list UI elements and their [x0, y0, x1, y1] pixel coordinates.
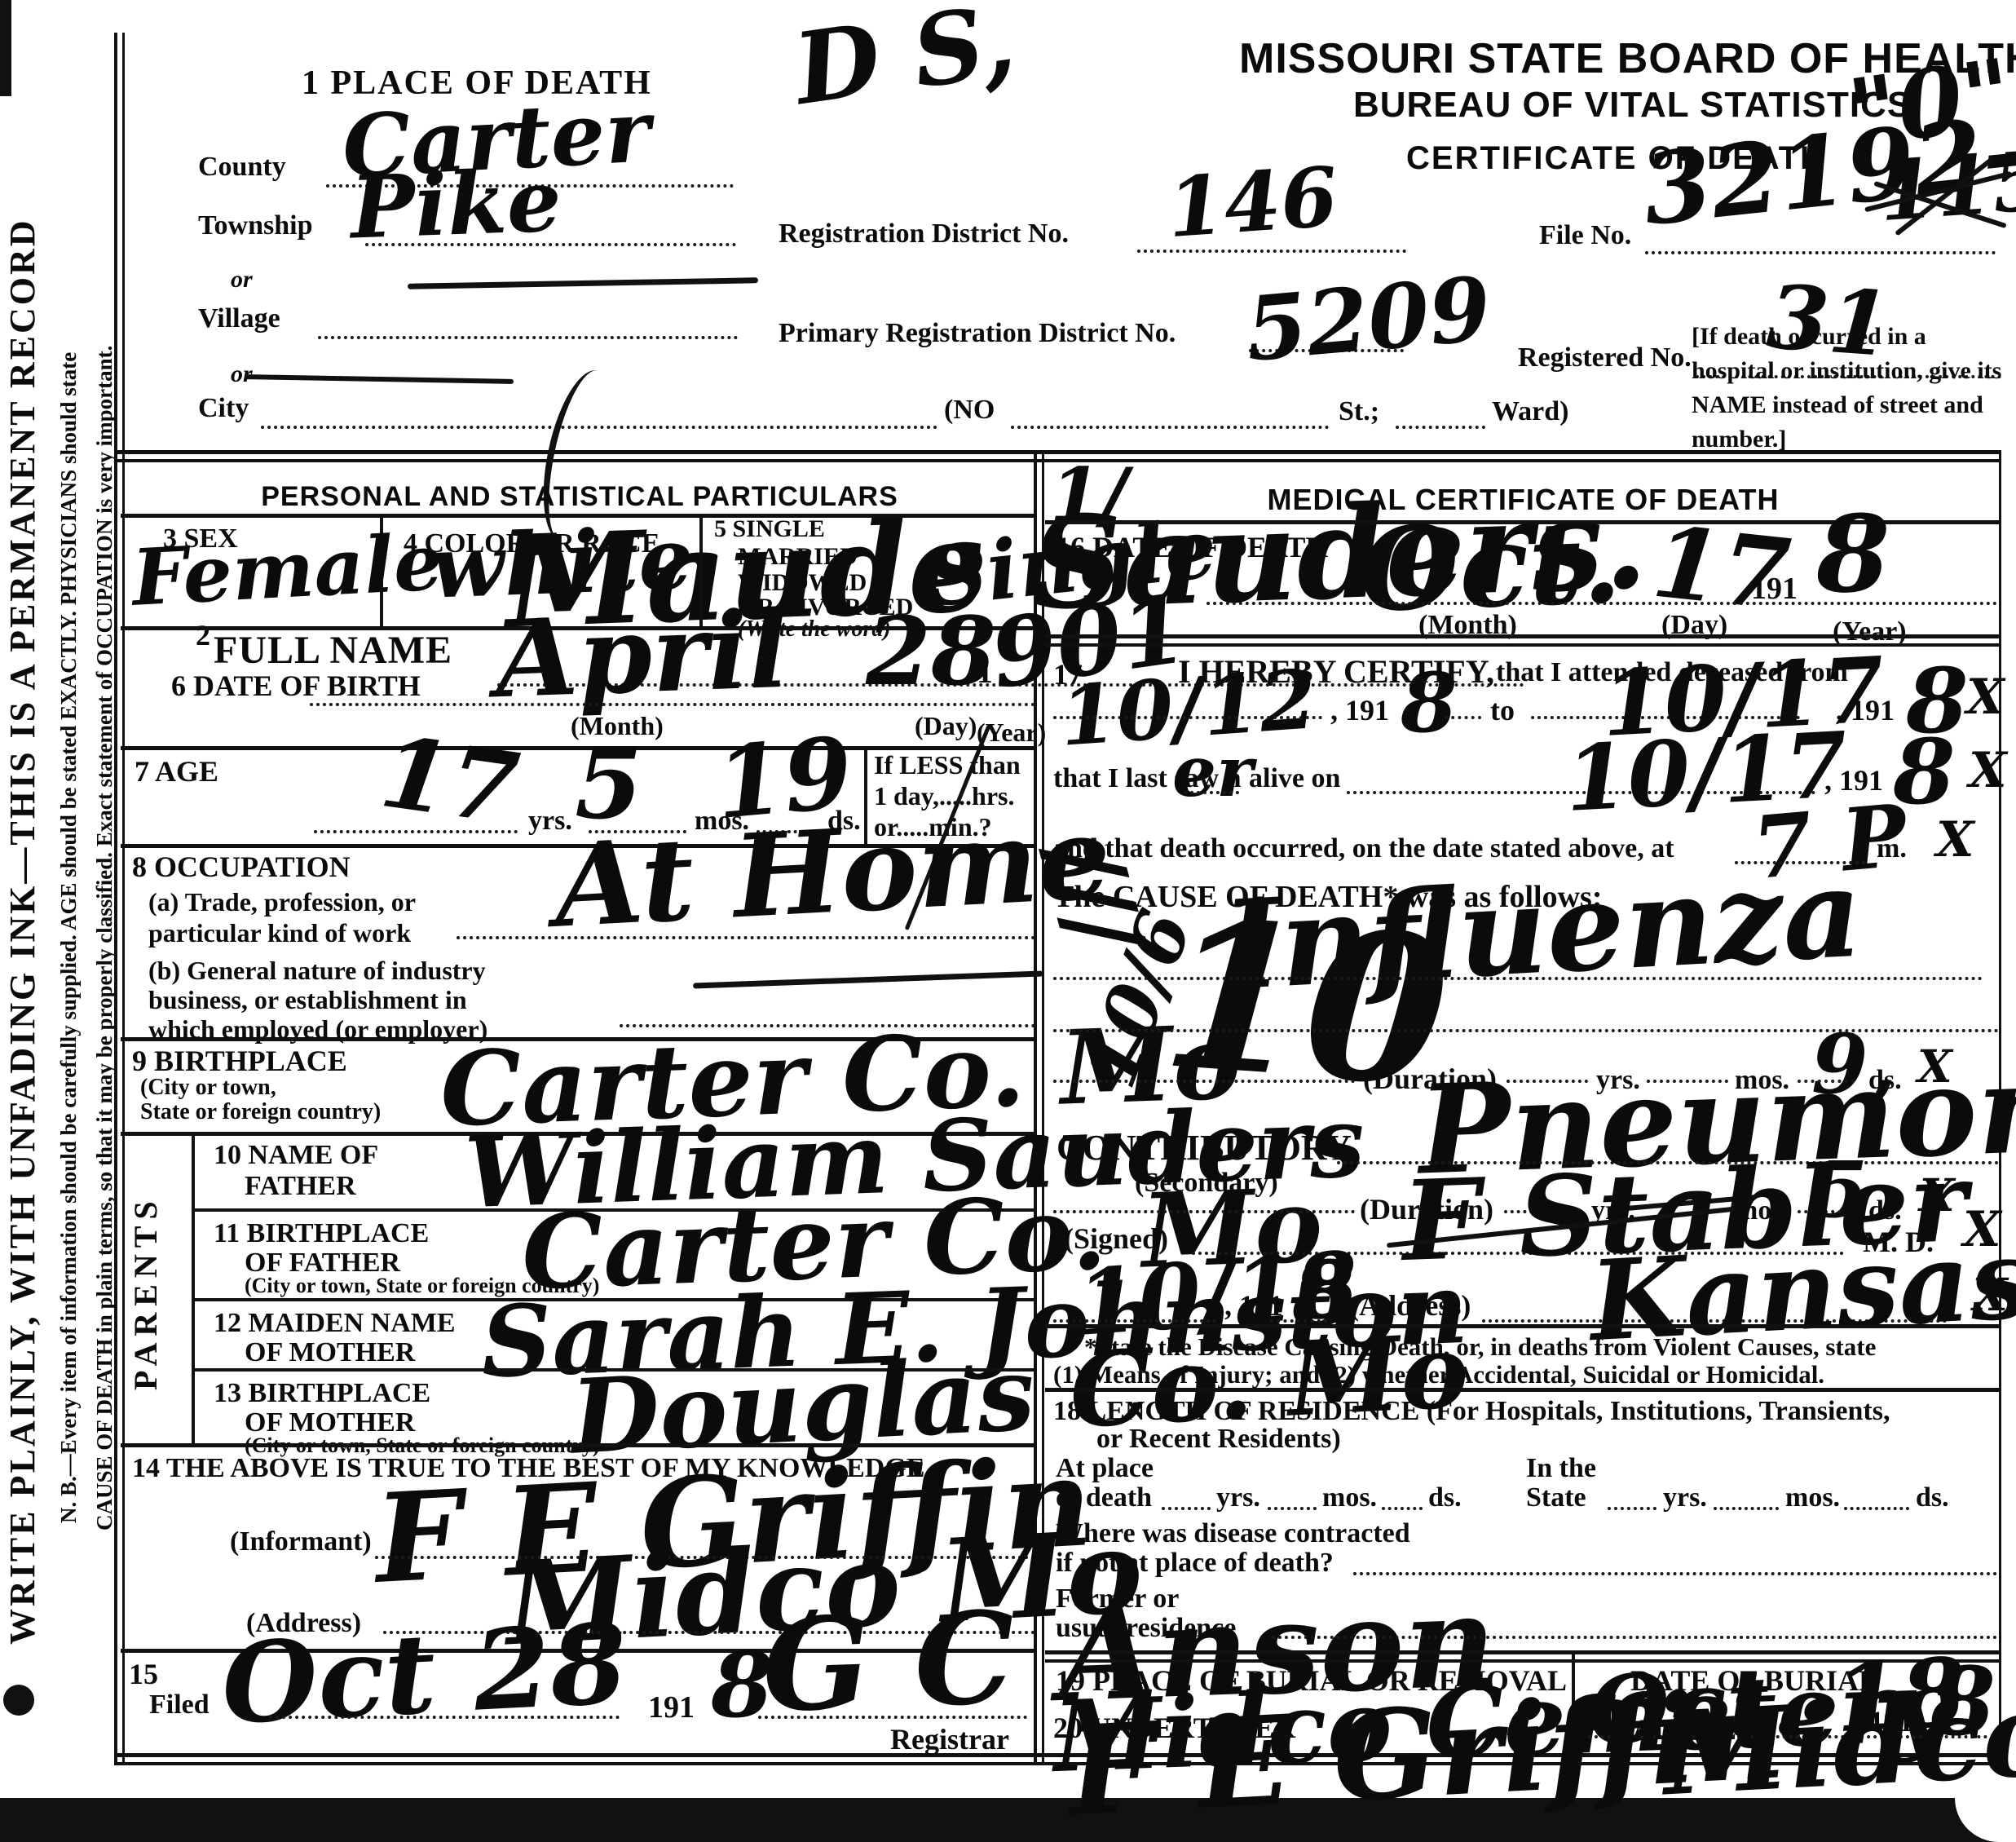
full-name-label: FULL NAME [214, 628, 452, 673]
dotted-line [1053, 977, 1983, 980]
registered-no-label: Registered No. [1518, 342, 1692, 373]
attended-from-year: 8 [1401, 662, 1458, 744]
age-label: 7 AGE [135, 754, 218, 788]
mos-caption: mos. [1322, 1482, 1377, 1513]
in-the-label-2: State [1526, 1482, 1586, 1513]
year-prefix: , 191 [1224, 1288, 1283, 1323]
dotted-line [1184, 791, 1239, 794]
dotted-line [310, 703, 1035, 706]
in-the-label-1: In the [1526, 1453, 1596, 1484]
cause-of-death-value: Influenza [1220, 852, 1865, 1008]
occupation-label: 8 OCCUPATION [132, 850, 351, 884]
marital-label-1: 5 SINGLE [714, 515, 825, 543]
residence-label-1: 18 LENGTH OF RESIDENCE (For Hospitals, I… [1053, 1396, 1890, 1427]
dotted-line [1270, 1319, 1327, 1323]
sidebar-note-line1: N. B.—Every item of information should b… [51, 65, 86, 1810]
rule-line [1045, 1324, 2001, 1328]
dotted-line [318, 336, 738, 339]
ink-stroke [693, 970, 1043, 988]
primary-reg-value: 5209 [1242, 265, 1494, 374]
dotted-line [1353, 1572, 1997, 1575]
reg-district-value: 146 [1165, 156, 1340, 249]
dotted-line [1053, 716, 1322, 719]
dotted-line [1207, 602, 1997, 605]
age-years-value: 17 [375, 723, 523, 839]
ds-ink-mark: D S, [789, 0, 1021, 119]
no-label: (NO [944, 395, 995, 426]
dob-label: 6 DATE OF BIRTH [171, 669, 421, 703]
city-label: City [198, 393, 249, 424]
personal-section-title: PERSONAL AND STATISTICAL PARTICULARS [122, 481, 1037, 513]
at-place-label-1: At place [1056, 1453, 1154, 1484]
st-label: St.; [1339, 396, 1379, 427]
ds-caption: ds. [1428, 1482, 1462, 1513]
dotted-line [1272, 1636, 1997, 1639]
footnote-line-2: (1) Means of Injury; and (2) whether Acc… [1053, 1360, 1824, 1389]
dotted-line [1011, 426, 1329, 429]
check-mark: X [1936, 815, 1974, 864]
informant-label: (Informant) [230, 1526, 372, 1557]
check-mark: X [1966, 673, 2005, 722]
occupation-b-label-2: business, or establishment in [148, 985, 467, 1015]
death-certificate-scan: WRITE PLAINLY, WITH UNFADING INK—THIS IS… [0, 0, 2016, 1842]
to-label: to [1490, 693, 1515, 727]
birthplace-label: 9 BIRTHPLACE [132, 1044, 347, 1078]
residence-label-2: or Recent Residents) [1096, 1424, 1341, 1455]
father-name-label-1: 10 NAME OF [214, 1140, 378, 1171]
yrs-caption: yrs. [1216, 1482, 1260, 1513]
rule-line [192, 1132, 195, 1443]
dotted-line [1844, 1507, 1909, 1510]
hospital-note: [If death occurred in a hospital or inst… [1692, 320, 2009, 457]
dotted-line [1382, 1507, 1423, 1510]
dob-month-value: April [494, 597, 790, 713]
rule-line [1045, 1388, 2001, 1392]
check-mark: X [1969, 746, 2007, 795]
sex-value: Female [130, 523, 445, 617]
or-label: or [231, 266, 253, 294]
reg-district-label: Registration District No. [779, 219, 1069, 250]
township-value: Pike [349, 158, 562, 251]
contributory-label: CONTRIBUTORY [1057, 1127, 1352, 1168]
county-label: County [198, 152, 286, 183]
township-label: Township [198, 210, 313, 241]
birthplace-sub-2: State or foreign country) [140, 1099, 381, 1125]
yrs-caption: yrs. [1663, 1482, 1707, 1513]
dotted-line [1445, 716, 1481, 719]
year-prefix: , 191 [1330, 693, 1389, 727]
occupation-a-label-2: particular kind of work [148, 918, 411, 948]
occupation-b-label-1: (b) General nature of industry [148, 956, 486, 986]
death-year-value: 8 [1816, 501, 1890, 607]
day-caption: (Day) [915, 711, 977, 741]
parents-label: PARENTS [126, 1158, 192, 1427]
filed-year-prefix: 191 [648, 1690, 695, 1725]
physician-address-label: (Address) [1349, 1288, 1471, 1323]
dob-year-prefix: 1 [977, 652, 993, 691]
dotted-line [269, 1716, 620, 1719]
former-residence-label-1: Former or [1056, 1584, 1179, 1615]
date-of-death-label: 16 DATE OF DEATH [1056, 530, 1328, 564]
last-saw-her-value: er [1172, 738, 1253, 807]
dotted-line [314, 830, 518, 833]
mos-caption: mos. [1785, 1482, 1840, 1513]
secondary-label: (Secondary) [1135, 1168, 1278, 1199]
occupation-a-label-1: (a) Trade, profession, or [148, 887, 416, 917]
former-residence-label-2: usual residence [1056, 1613, 1236, 1644]
dotted-line [1396, 426, 1485, 429]
form-left-border [114, 33, 125, 1765]
filed-label: Filed [149, 1690, 210, 1721]
undertaker-address-value: Midco Mo [1661, 1665, 2016, 1813]
check-mark: X [1973, 1272, 2008, 1317]
birthplace-sub-1: (City or town, [140, 1075, 276, 1101]
dotted-line [1608, 1507, 1656, 1510]
file-no-struck-value: 115 [1877, 139, 2016, 232]
alive-on-label: alive on [1249, 763, 1340, 794]
death-day-value: 17 [1648, 514, 1794, 625]
father-birthplace-label-1: 11 BIRTHPLACE [214, 1218, 429, 1249]
filed-date-value: Oct 28 [219, 1608, 629, 1739]
dotted-line [1714, 1507, 1779, 1510]
ink-stroke [245, 374, 514, 384]
father-name-label-2: FATHER [245, 1171, 356, 1202]
ds-caption: ds. [1916, 1482, 1949, 1513]
dotted-line [1053, 1319, 1216, 1323]
dotted-line [1268, 1507, 1317, 1510]
sidebar-warning: WRITE PLAINLY, WITH UNFADING INK—THIS IS… [2, 139, 49, 1725]
contracted-label-2: if not at place of death? [1056, 1548, 1334, 1579]
less-than-label-1: If LESS than [874, 750, 1021, 780]
dotted-line [1645, 251, 1996, 254]
contracted-label-1: Where was disease contracted [1056, 1518, 1410, 1549]
registrar-label: Registrar [890, 1722, 1009, 1756]
pm-label: m. [1877, 833, 1907, 864]
scan-edge-mark [0, 0, 11, 96]
mother-birthplace-label-1: 13 BIRTHPLACE [214, 1378, 430, 1409]
file-no-label: File No. [1539, 220, 1631, 251]
marital-label-2: MARRIED [738, 543, 858, 571]
dotted-line [1053, 1080, 1355, 1083]
filed-number: 15 [129, 1657, 158, 1691]
ward-label: Ward) [1492, 396, 1568, 427]
at-place-label-2: of death [1056, 1482, 1152, 1513]
village-label: Village [198, 303, 280, 334]
mother-maiden-label-1: 12 MAIDEN NAME [214, 1308, 456, 1339]
dotted-line [1162, 1507, 1211, 1510]
ink-stroke [408, 277, 758, 289]
primary-reg-label: Primary Registration District No. [779, 318, 1176, 349]
full-name-number: 2 [196, 618, 210, 652]
dotted-line [1053, 1210, 1355, 1213]
footnote-line-1: *State the Disease Causing Death, or, in… [1084, 1332, 1876, 1362]
mother-maiden-label-2: OF MOTHER [245, 1337, 415, 1368]
